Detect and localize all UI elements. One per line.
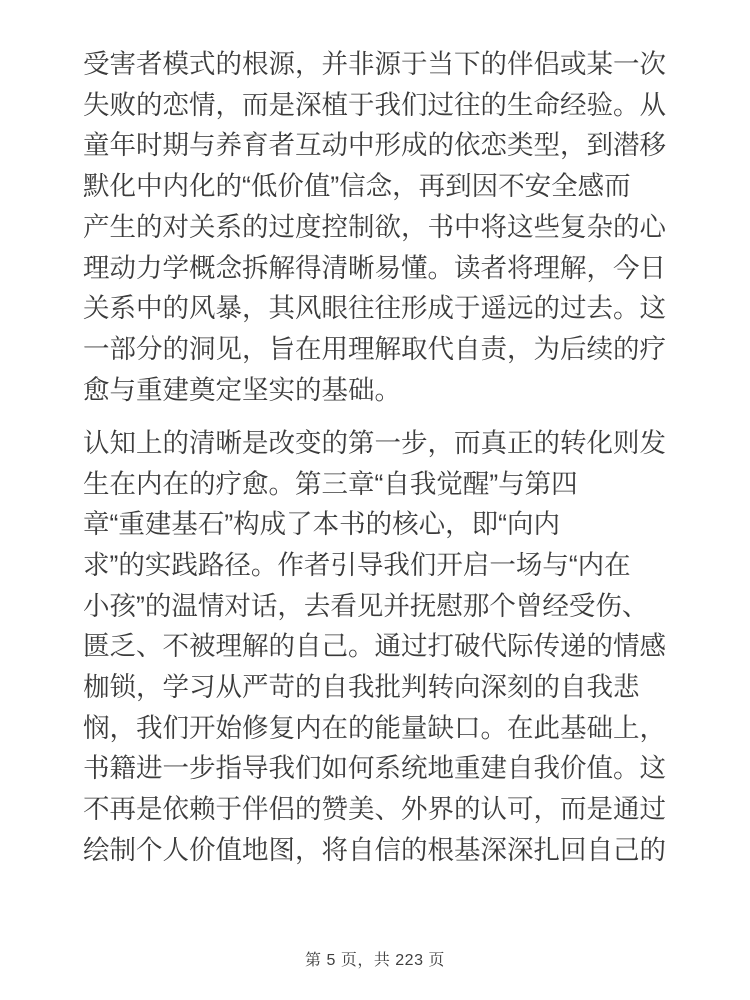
text-line: 不再是依赖于伴侣的赞美、外界的认可，而是通过 [83,789,683,830]
text-line: 默化中内化的“低价值”信念，再到因不安全感而 [83,166,683,207]
paragraph: 认知上的清晰是改变的第一步，而真正的转化则发生在内在的疗愈。第三章“自我觉醒”与… [83,423,683,871]
text-line: 书籍进一步指导我们如何系统地重建自我价值。这 [83,748,683,789]
page-number-indicator: 第 5 页，共 223 页 [0,947,750,970]
text-line: 生在内在的疗愈。第三章“自我觉醒”与第四 [83,464,683,505]
text-line: 童年时期与养育者互动中形成的依恋类型，到潜移 [83,125,683,166]
text-line: 枷锁，学习从严苛的自我批判转向深刻的自我悲 [83,667,683,708]
paragraph: 受害者模式的根源，并非源于当下的伴侣或某一次失败的恋情，而是深植于我们过往的生命… [83,44,683,410]
text-line: 一部分的洞见，旨在用理解取代自责，为后续的疗 [83,329,683,370]
text-line: 受害者模式的根源，并非源于当下的伴侣或某一次 [83,44,683,85]
text-line: 章“重建基石”构成了本书的核心，即“向内 [83,504,683,545]
text-line: 匮乏、不被理解的自己。通过打破代际传递的情感 [83,626,683,667]
text-line: 求”的实践路径。作者引导我们开启一场与“内在 [83,545,683,586]
document-body: 受害者模式的根源，并非源于当下的伴侣或某一次失败的恋情，而是深植于我们过往的生命… [83,44,683,883]
text-line: 产生的对关系的过度控制欲，书中将这些复杂的心 [83,207,683,248]
text-line: 小孩”的温情对话，去看见并抚慰那个曾经受伤、 [83,586,683,627]
text-line: 失败的恋情，而是深植于我们过往的生命经验。从 [83,85,683,126]
text-line: 关系中的风暴，其风眼往往形成于遥远的过去。这 [83,288,683,329]
text-line: 绘制个人价值地图，将自信的根基深深扎回自己的 [83,830,683,871]
document-page: 受害者模式的根源，并非源于当下的伴侣或某一次失败的恋情，而是深植于我们过往的生命… [0,0,750,1000]
text-line: 理动力学概念拆解得清晰易懂。读者将理解，今日 [83,248,683,289]
text-line: 认知上的清晰是改变的第一步，而真正的转化则发 [83,423,683,464]
text-line: 愈与重建奠定坚实的基础。 [83,370,683,411]
text-line: 悯，我们开始修复内在的能量缺口。在此基础上， [83,708,683,749]
